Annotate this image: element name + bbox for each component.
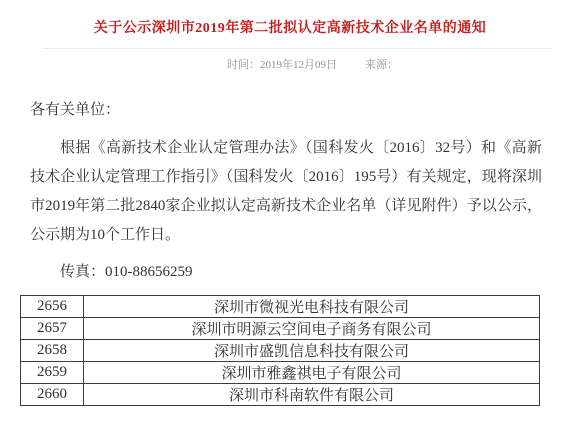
company-name-cell: 深圳市明源云空间电子商务有限公司	[84, 318, 540, 340]
table-row: 2657 深圳市明源云空间电子商务有限公司	[21, 318, 540, 340]
title-divider	[42, 48, 553, 49]
notice-page: 关于公示深圳市2019年第二批拟认定高新技术企业名单的通知 时间：2019年12…	[0, 0, 565, 422]
page-title: 关于公示深圳市2019年第二批拟认定高新技术企业名单的通知	[20, 17, 560, 37]
company-name-cell: 深圳市微视光电科技有限公司	[84, 296, 540, 318]
row-number-cell: 2657	[21, 318, 84, 340]
company-table: 2656 深圳市微视光电科技有限公司 2657 深圳市明源云空间电子商务有限公司…	[20, 295, 540, 406]
company-name-cell: 深圳市盛凯信息科技有限公司	[84, 340, 540, 362]
notice-body: 各有关单位： 根据《高新技术企业认定管理办法》（国科发火〔2016〕32号）和《…	[30, 96, 542, 287]
meta-time-value: 2019年12月09日	[260, 59, 337, 71]
table-row: 2659 深圳市雅鑫祺电子有限公司	[21, 362, 540, 384]
meta-source-label: 来源：	[365, 59, 398, 71]
row-number-cell: 2656	[21, 296, 84, 318]
meta-time-label: 时间：	[227, 59, 260, 71]
table-row: 2656 深圳市微视光电科技有限公司	[21, 296, 540, 318]
row-number-cell: 2658	[21, 340, 84, 362]
company-name-cell: 深圳市雅鑫祺电子有限公司	[84, 362, 540, 384]
meta-bar: 时间：2019年12月09日来源：	[227, 56, 398, 72]
fax-line: 传真：010-88656259	[30, 258, 542, 287]
company-name-cell: 深圳市科南软件有限公司	[84, 384, 540, 406]
table-row: 2660 深圳市科南软件有限公司	[21, 384, 540, 406]
table-row: 2658 深圳市盛凯信息科技有限公司	[21, 340, 540, 362]
row-number-cell: 2659	[21, 362, 84, 384]
notice-paragraph: 根据《高新技术企业认定管理办法》（国科发火〔2016〕32号）和《高新技术企业认…	[30, 134, 542, 250]
row-number-cell: 2660	[21, 384, 84, 406]
salutation: 各有关单位：	[30, 96, 542, 125]
